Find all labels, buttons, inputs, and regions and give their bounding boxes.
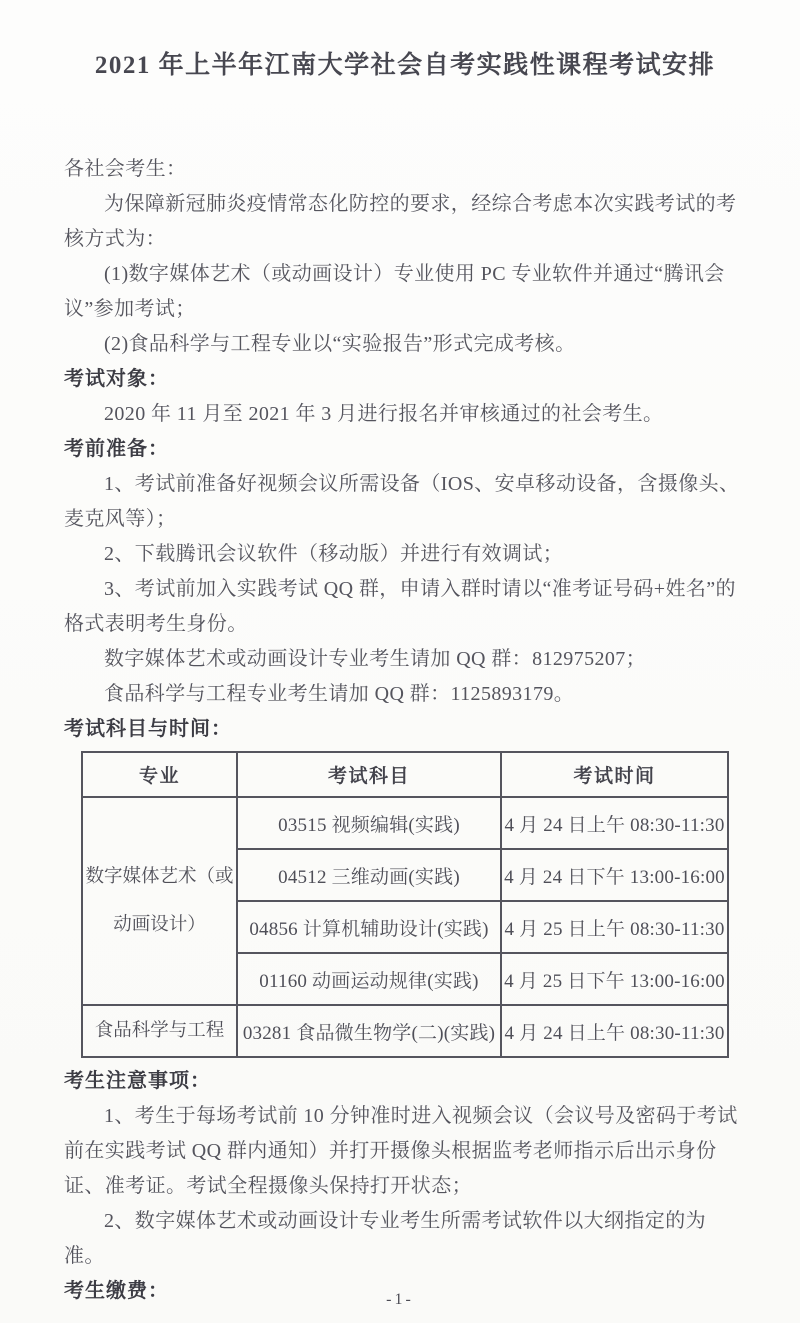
time-cell: 4 月 25 日上午 08:30-11:30 <box>501 901 728 953</box>
subject-cell: 04856 计算机辅助设计(实践) <box>237 901 501 953</box>
section-heading-schedule: 考试科目与时间： <box>64 712 746 747</box>
subject-cell: 03281 食品微生物学(二)(实践) <box>237 1005 501 1057</box>
exam-schedule-table: 专业 考试科目 考试时间 数字媒体艺术（或动画设计） 03515 视频编辑(实践… <box>81 751 729 1058</box>
column-header-time: 考试时间 <box>501 752 728 797</box>
exam-target-body: 2020 年 11 月至 2021 年 3 月进行报名并审核通过的社会考生。 <box>64 397 746 432</box>
column-header-subject: 考试科目 <box>237 752 501 797</box>
table-row: 数字媒体艺术（或动画设计） 03515 视频编辑(实践) 4 月 24 日上午 … <box>82 797 728 849</box>
assessment-method-item-2: (2)食品科学与工程专业以“实验报告”形式完成考核。 <box>64 327 746 362</box>
subject-cell: 03515 视频编辑(实践) <box>237 797 501 849</box>
table-row: 食品科学与工程 03281 食品微生物学(二)(实践) 4 月 24 日上午 0… <box>82 1005 728 1057</box>
section-heading-notes: 考生注意事项： <box>64 1064 746 1099</box>
time-cell: 4 月 24 日上午 08:30-11:30 <box>501 1005 728 1057</box>
salutation: 各社会考生： <box>64 152 746 187</box>
preparation-item-1: 1、考试前准备好视频会议所需设备（IOS、安卓移动设备，含摄像头、麦克风等）； <box>64 467 746 537</box>
time-cell: 4 月 24 日下午 13:00-16:00 <box>501 849 728 901</box>
document-title: 2021 年上半年江南大学社会自考实践性课程考试安排 <box>64 46 746 86</box>
section-heading-exam-target: 考试对象： <box>64 362 746 397</box>
preparation-item-2: 2、下载腾讯会议软件（移动版）并进行有效调试； <box>64 537 746 572</box>
subject-cell: 04512 三维动画(实践) <box>237 849 501 901</box>
major-cell-food-science: 食品科学与工程 <box>82 1005 237 1057</box>
notes-item-1: 1、考生于每场考试前 10 分钟准时进入视频会议（会议号及密码于考试前在实践考试… <box>64 1099 746 1204</box>
section-heading-preparation: 考前准备： <box>64 432 746 467</box>
page-number: -1- <box>0 1291 800 1309</box>
time-cell: 4 月 24 日上午 08:30-11:30 <box>501 797 728 849</box>
preparation-item-3: 3、考试前加入实践考试 QQ 群，申请入群时请以“准考证号码+姓名”的格式表明考… <box>64 572 746 642</box>
qq-group-digital-media: 数字媒体艺术或动画设计专业考生请加 QQ 群：812975207； <box>64 642 746 677</box>
assessment-method-item-1: (1)数字媒体艺术（或动画设计）专业使用 PC 专业软件并通过“腾讯会议”参加考… <box>64 257 746 327</box>
major-cell-digital-media: 数字媒体艺术（或动画设计） <box>82 797 237 1005</box>
notes-item-2: 2、数字媒体艺术或动画设计专业考生所需考试软件以大纲指定的为准。 <box>64 1204 746 1274</box>
time-cell: 4 月 25 日下午 13:00-16:00 <box>501 953 728 1005</box>
column-header-major: 专业 <box>82 752 237 797</box>
subject-cell: 01160 动画运动规律(实践) <box>237 953 501 1005</box>
table-header-row: 专业 考试科目 考试时间 <box>82 752 728 797</box>
intro-paragraph: 为保障新冠肺炎疫情常态化防控的要求，经综合考虑本次实践考试的考核方式为： <box>64 187 746 257</box>
qq-group-food-science: 食品科学与工程专业考生请加 QQ 群：1125893179。 <box>64 677 746 712</box>
document-content: 2021 年上半年江南大学社会自考实践性课程考试安排 各社会考生： 为保障新冠肺… <box>0 0 800 1309</box>
scanned-document-page: 2021 年上半年江南大学社会自考实践性课程考试安排 各社会考生： 为保障新冠肺… <box>0 0 800 1323</box>
